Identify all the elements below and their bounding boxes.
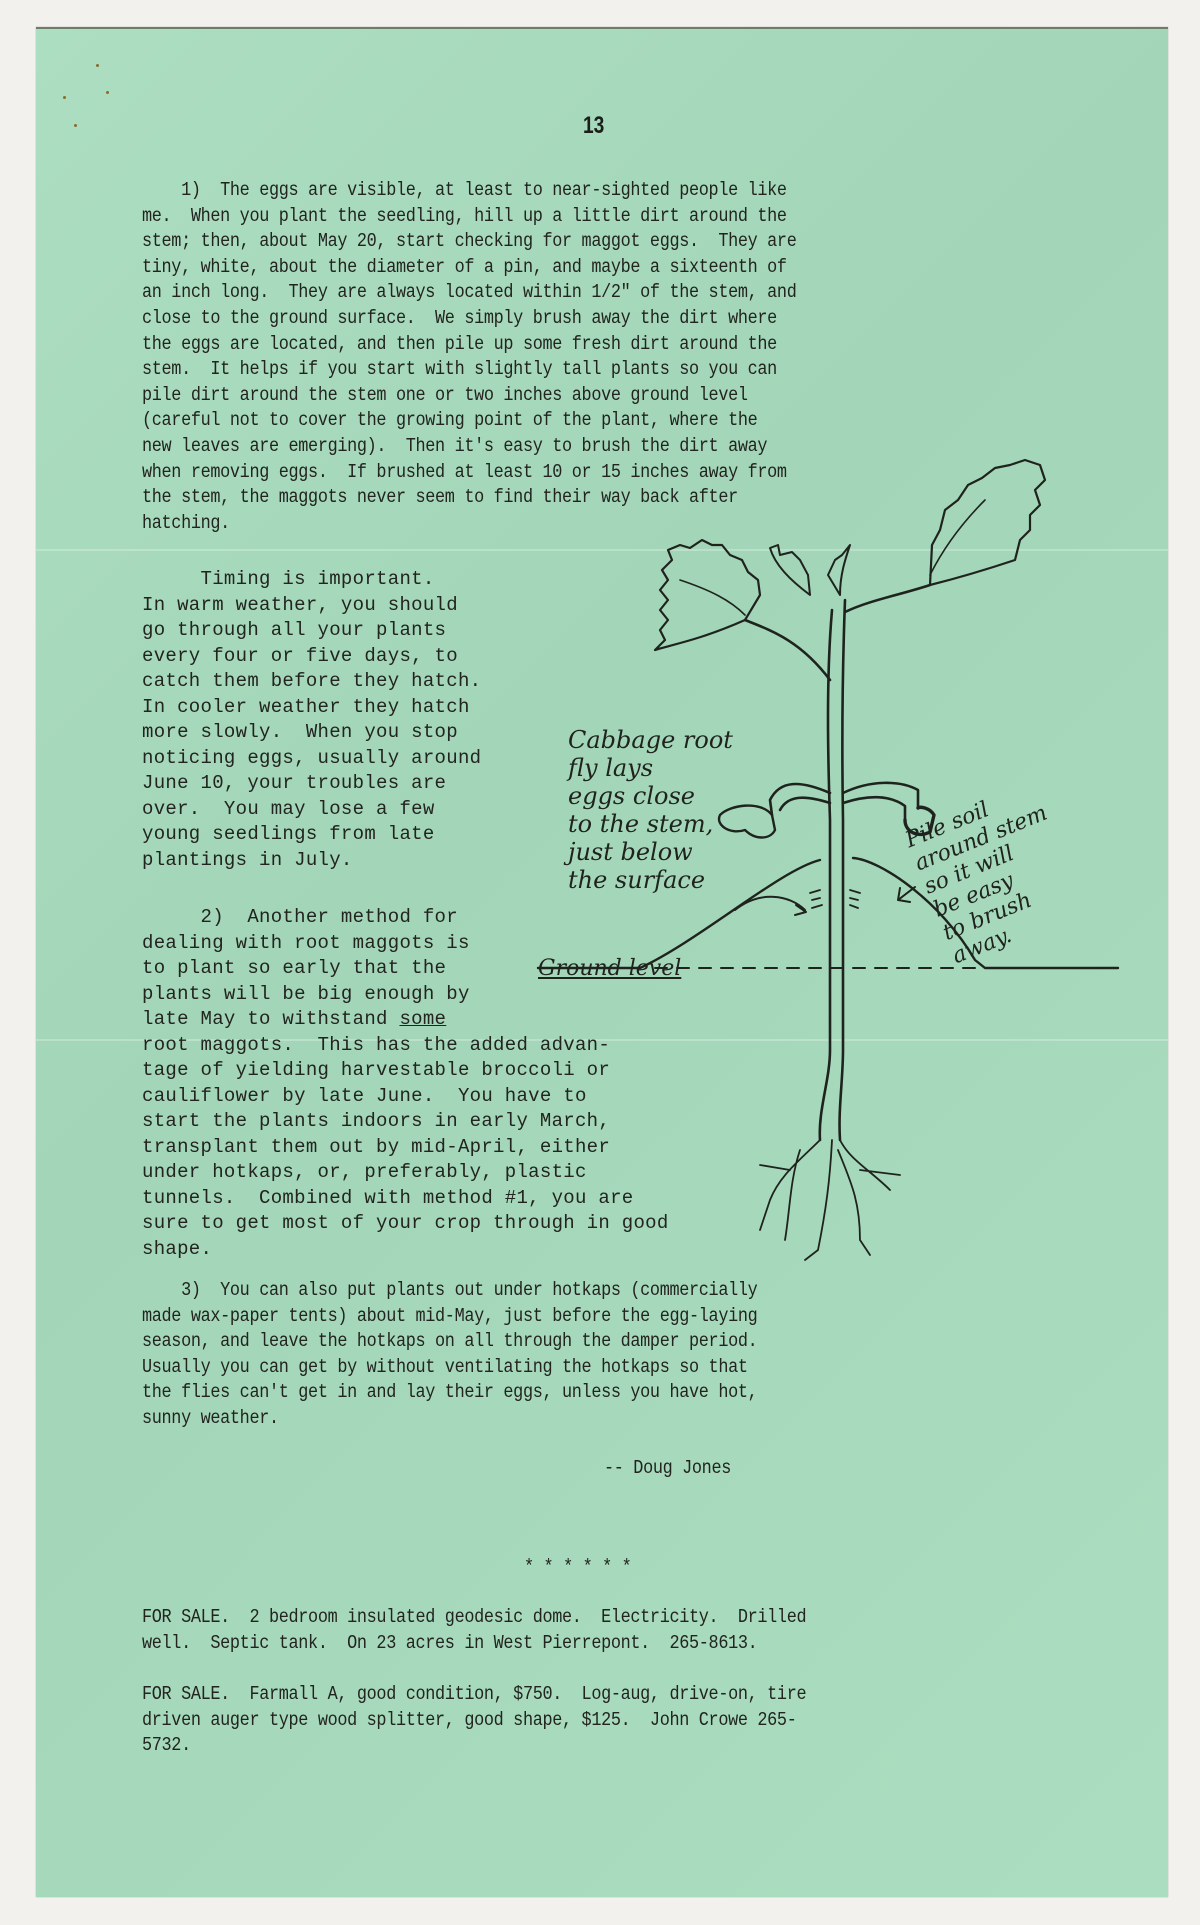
leaf-icon: [828, 545, 850, 595]
annotation-egg-location: Cabbage root fly lays eggs close to the …: [568, 726, 733, 894]
leaf-icon: [930, 460, 1045, 585]
cotyledon-stalk: [843, 797, 905, 820]
stem-outline: [840, 600, 845, 1140]
arrow-left-note: [735, 897, 805, 910]
stem-outline: [820, 610, 832, 1140]
egg-marks: [810, 890, 860, 908]
leaf-icon: [770, 545, 810, 595]
leaf-stalk: [845, 585, 930, 612]
annotation-ground-level: Ground level: [538, 955, 681, 983]
leaf-icon: [655, 540, 760, 650]
cotyledon-stalk: [780, 798, 830, 810]
leaf-stalk: [745, 620, 830, 680]
arrow-right-note: [898, 887, 915, 902]
cotyledon-stalk: [843, 783, 918, 808]
roots: [760, 1140, 900, 1260]
